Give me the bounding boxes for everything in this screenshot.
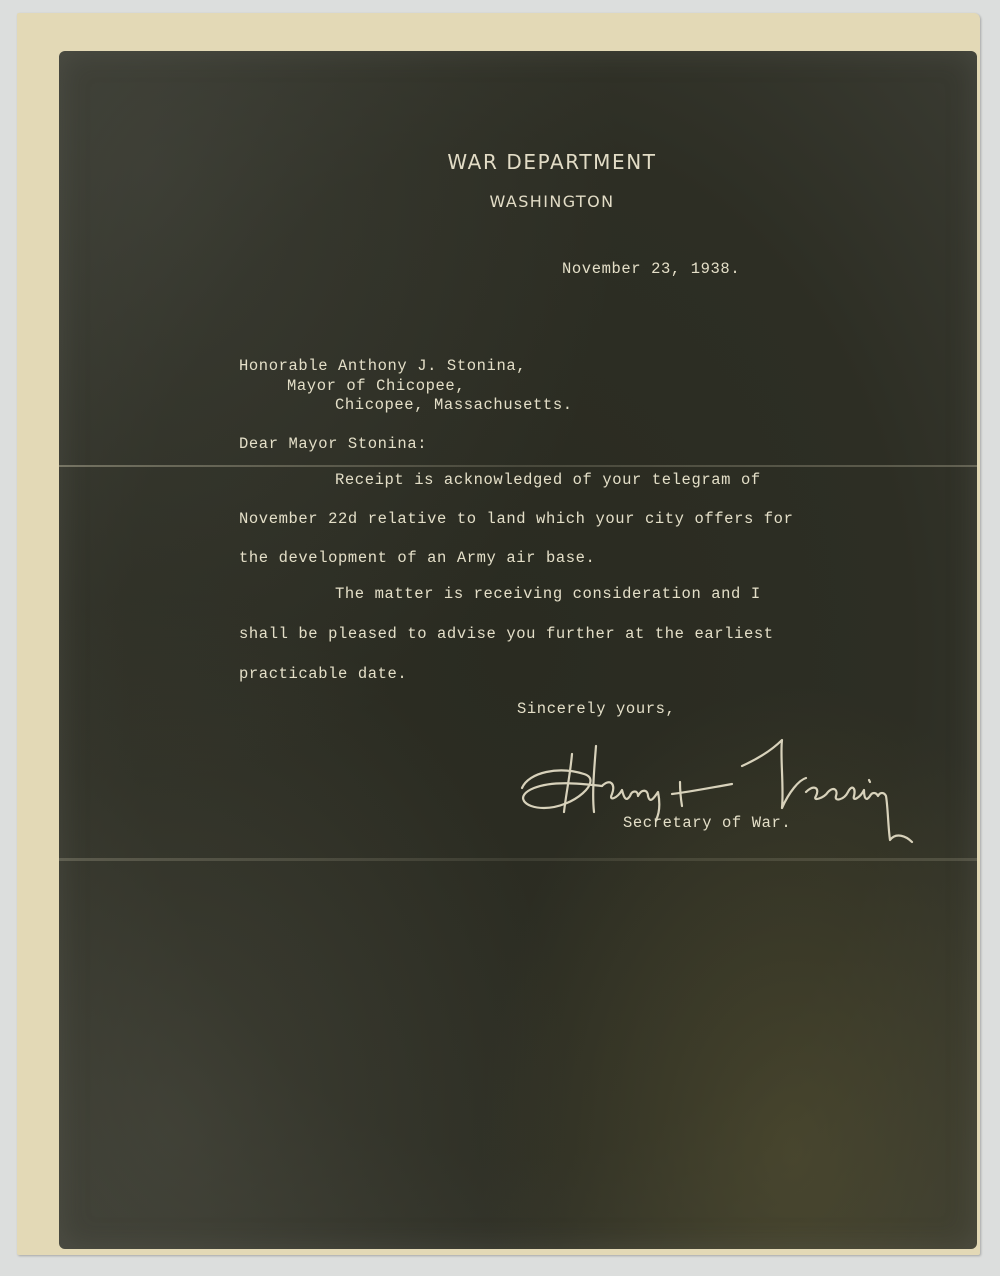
paper-border: WAR DEPARTMENT WASHINGTON November 23, 1… (17, 13, 980, 1255)
closing: Sincerely yours, (517, 700, 675, 718)
letterhead-department: WAR DEPARTMENT (93, 150, 977, 174)
body-paragraph-2-line-1: The matter is receiving consideration an… (335, 585, 761, 603)
letterhead-city: WASHINGTON (93, 192, 977, 211)
letter-date: November 23, 1938. (562, 260, 740, 278)
recipient-line-3: Chicopee, Massachusetts. (335, 396, 573, 414)
letter-photostat: WAR DEPARTMENT WASHINGTON November 23, 1… (59, 51, 977, 1249)
fold-line (59, 465, 977, 467)
salutation: Dear Mayor Stonina: (239, 435, 427, 453)
body-paragraph-2-line-2: shall be pleased to advise you further a… (239, 625, 774, 643)
recipient-line-1: Honorable Anthony J. Stonina, (239, 357, 526, 375)
body-paragraph-1-line-1: Receipt is acknowledged of your telegram… (335, 471, 761, 489)
recipient-line-2: Mayor of Chicopee, (287, 377, 465, 395)
body-paragraph-1-line-2: November 22d relative to land which your… (239, 510, 793, 528)
body-paragraph-2-line-3: practicable date. (239, 665, 407, 683)
body-paragraph-1-line-3: the development of an Army air base. (239, 549, 595, 567)
signatory-title: Secretary of War. (623, 814, 791, 832)
fold-line (59, 858, 977, 861)
